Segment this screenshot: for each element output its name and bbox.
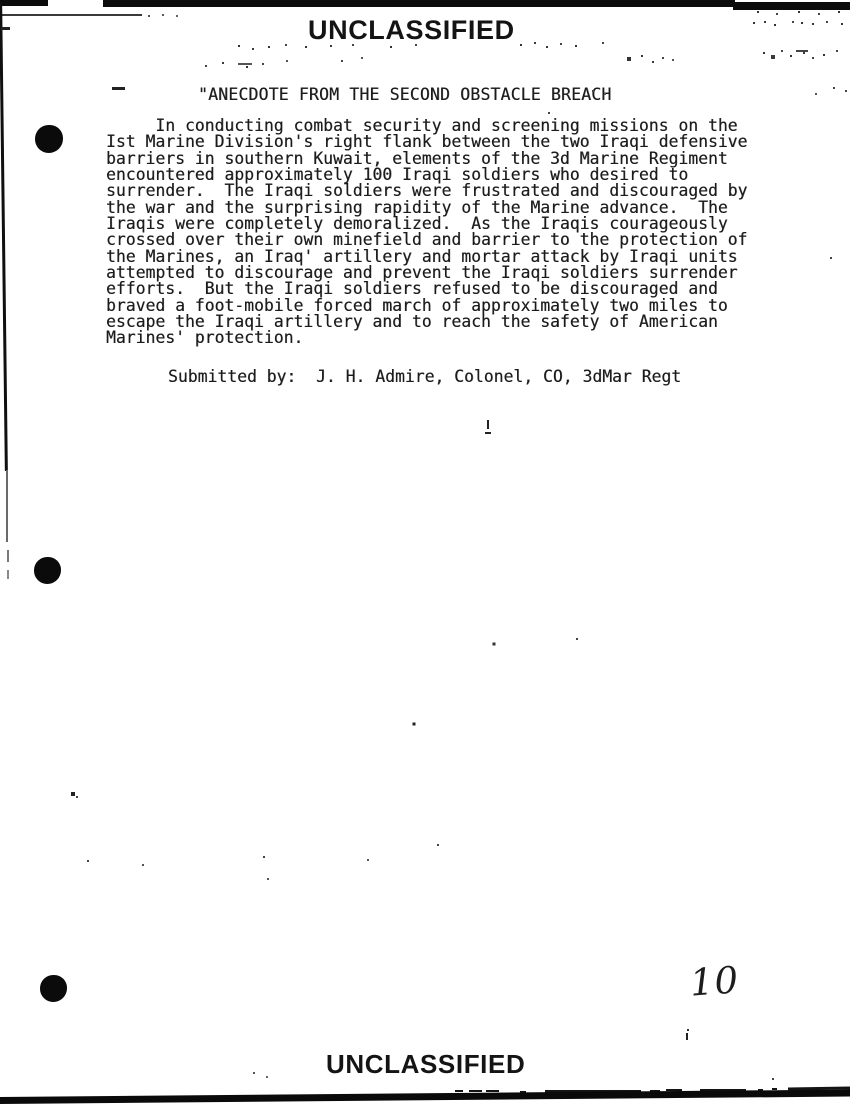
handwritten-page-number: 10 xyxy=(689,958,741,1004)
hole-punch-top xyxy=(35,125,63,153)
classification-header: UNCLASSIFIED xyxy=(308,15,515,46)
left-scan-edge-line-fade xyxy=(6,470,8,542)
bottom-scan-bar xyxy=(0,1089,850,1103)
submitted-by-line: Submitted by: J. H. Admire, Colonel, CO,… xyxy=(168,367,681,386)
footer-scan-dash xyxy=(455,1090,463,1092)
footer-scan-dash xyxy=(469,1090,482,1092)
left-scan-edge-dash xyxy=(7,570,9,579)
top-scan-bar-right xyxy=(733,2,850,10)
classification-footer: UNCLASSIFIED xyxy=(326,1049,525,1080)
scan-noise-dash xyxy=(796,50,808,52)
left-scan-edge-dash xyxy=(7,550,9,562)
stray-mark xyxy=(487,420,489,429)
top-scan-bar-left xyxy=(0,0,48,6)
stray-mark xyxy=(485,432,491,434)
stray-mark xyxy=(686,1033,688,1040)
title-margin-dash xyxy=(112,87,125,90)
body-paragraph: In conducting combat security and screen… xyxy=(106,118,747,347)
scan-noise-dash xyxy=(238,63,252,65)
top-scan-bar-center xyxy=(103,0,735,7)
scan-noise-specks xyxy=(0,0,2,2)
left-scan-edge-line xyxy=(0,3,7,471)
top-scan-line xyxy=(0,14,142,16)
left-scan-edge-hook xyxy=(1,27,10,30)
scanned-document-page: UNCLASSIFIED "ANECDOTE FROM THE SECOND O… xyxy=(0,0,850,1107)
hole-punch-bottom xyxy=(40,975,67,1002)
hole-punch-middle xyxy=(34,557,61,584)
document-title: "ANECDOTE FROM THE SECOND OBSTACLE BREAC… xyxy=(198,85,611,104)
